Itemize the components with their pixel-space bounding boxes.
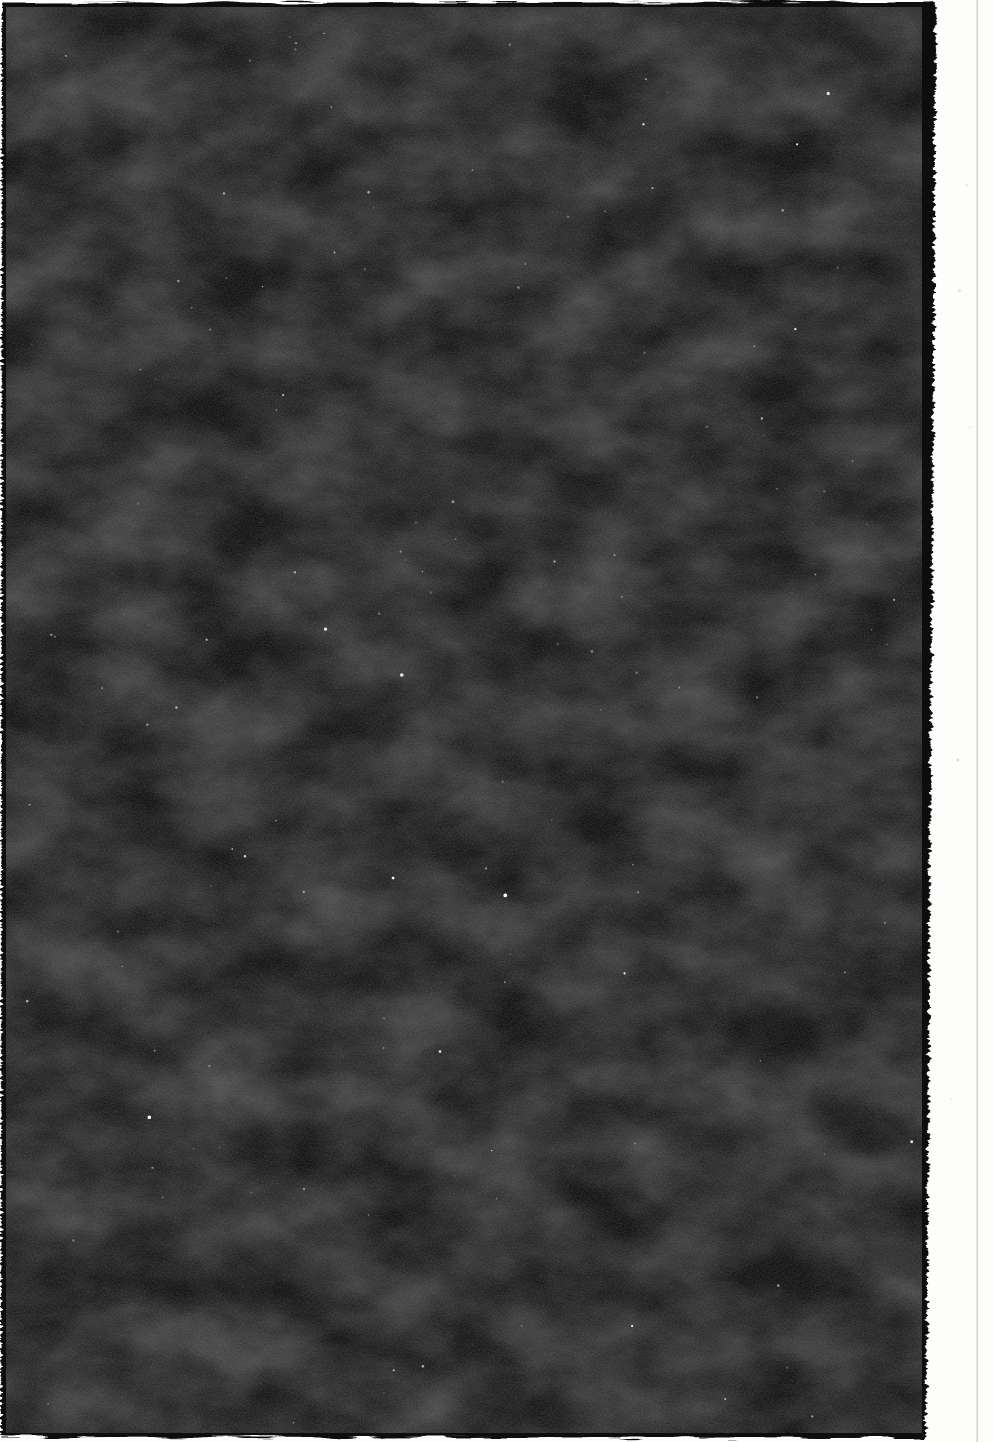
plate-grain-texture bbox=[6, 7, 922, 1433]
black-plate-scan bbox=[0, 0, 993, 1442]
page-edge-line bbox=[976, 0, 978, 1442]
margin-dust-specks bbox=[950, 184, 970, 1100]
scanned-page bbox=[0, 0, 993, 1442]
